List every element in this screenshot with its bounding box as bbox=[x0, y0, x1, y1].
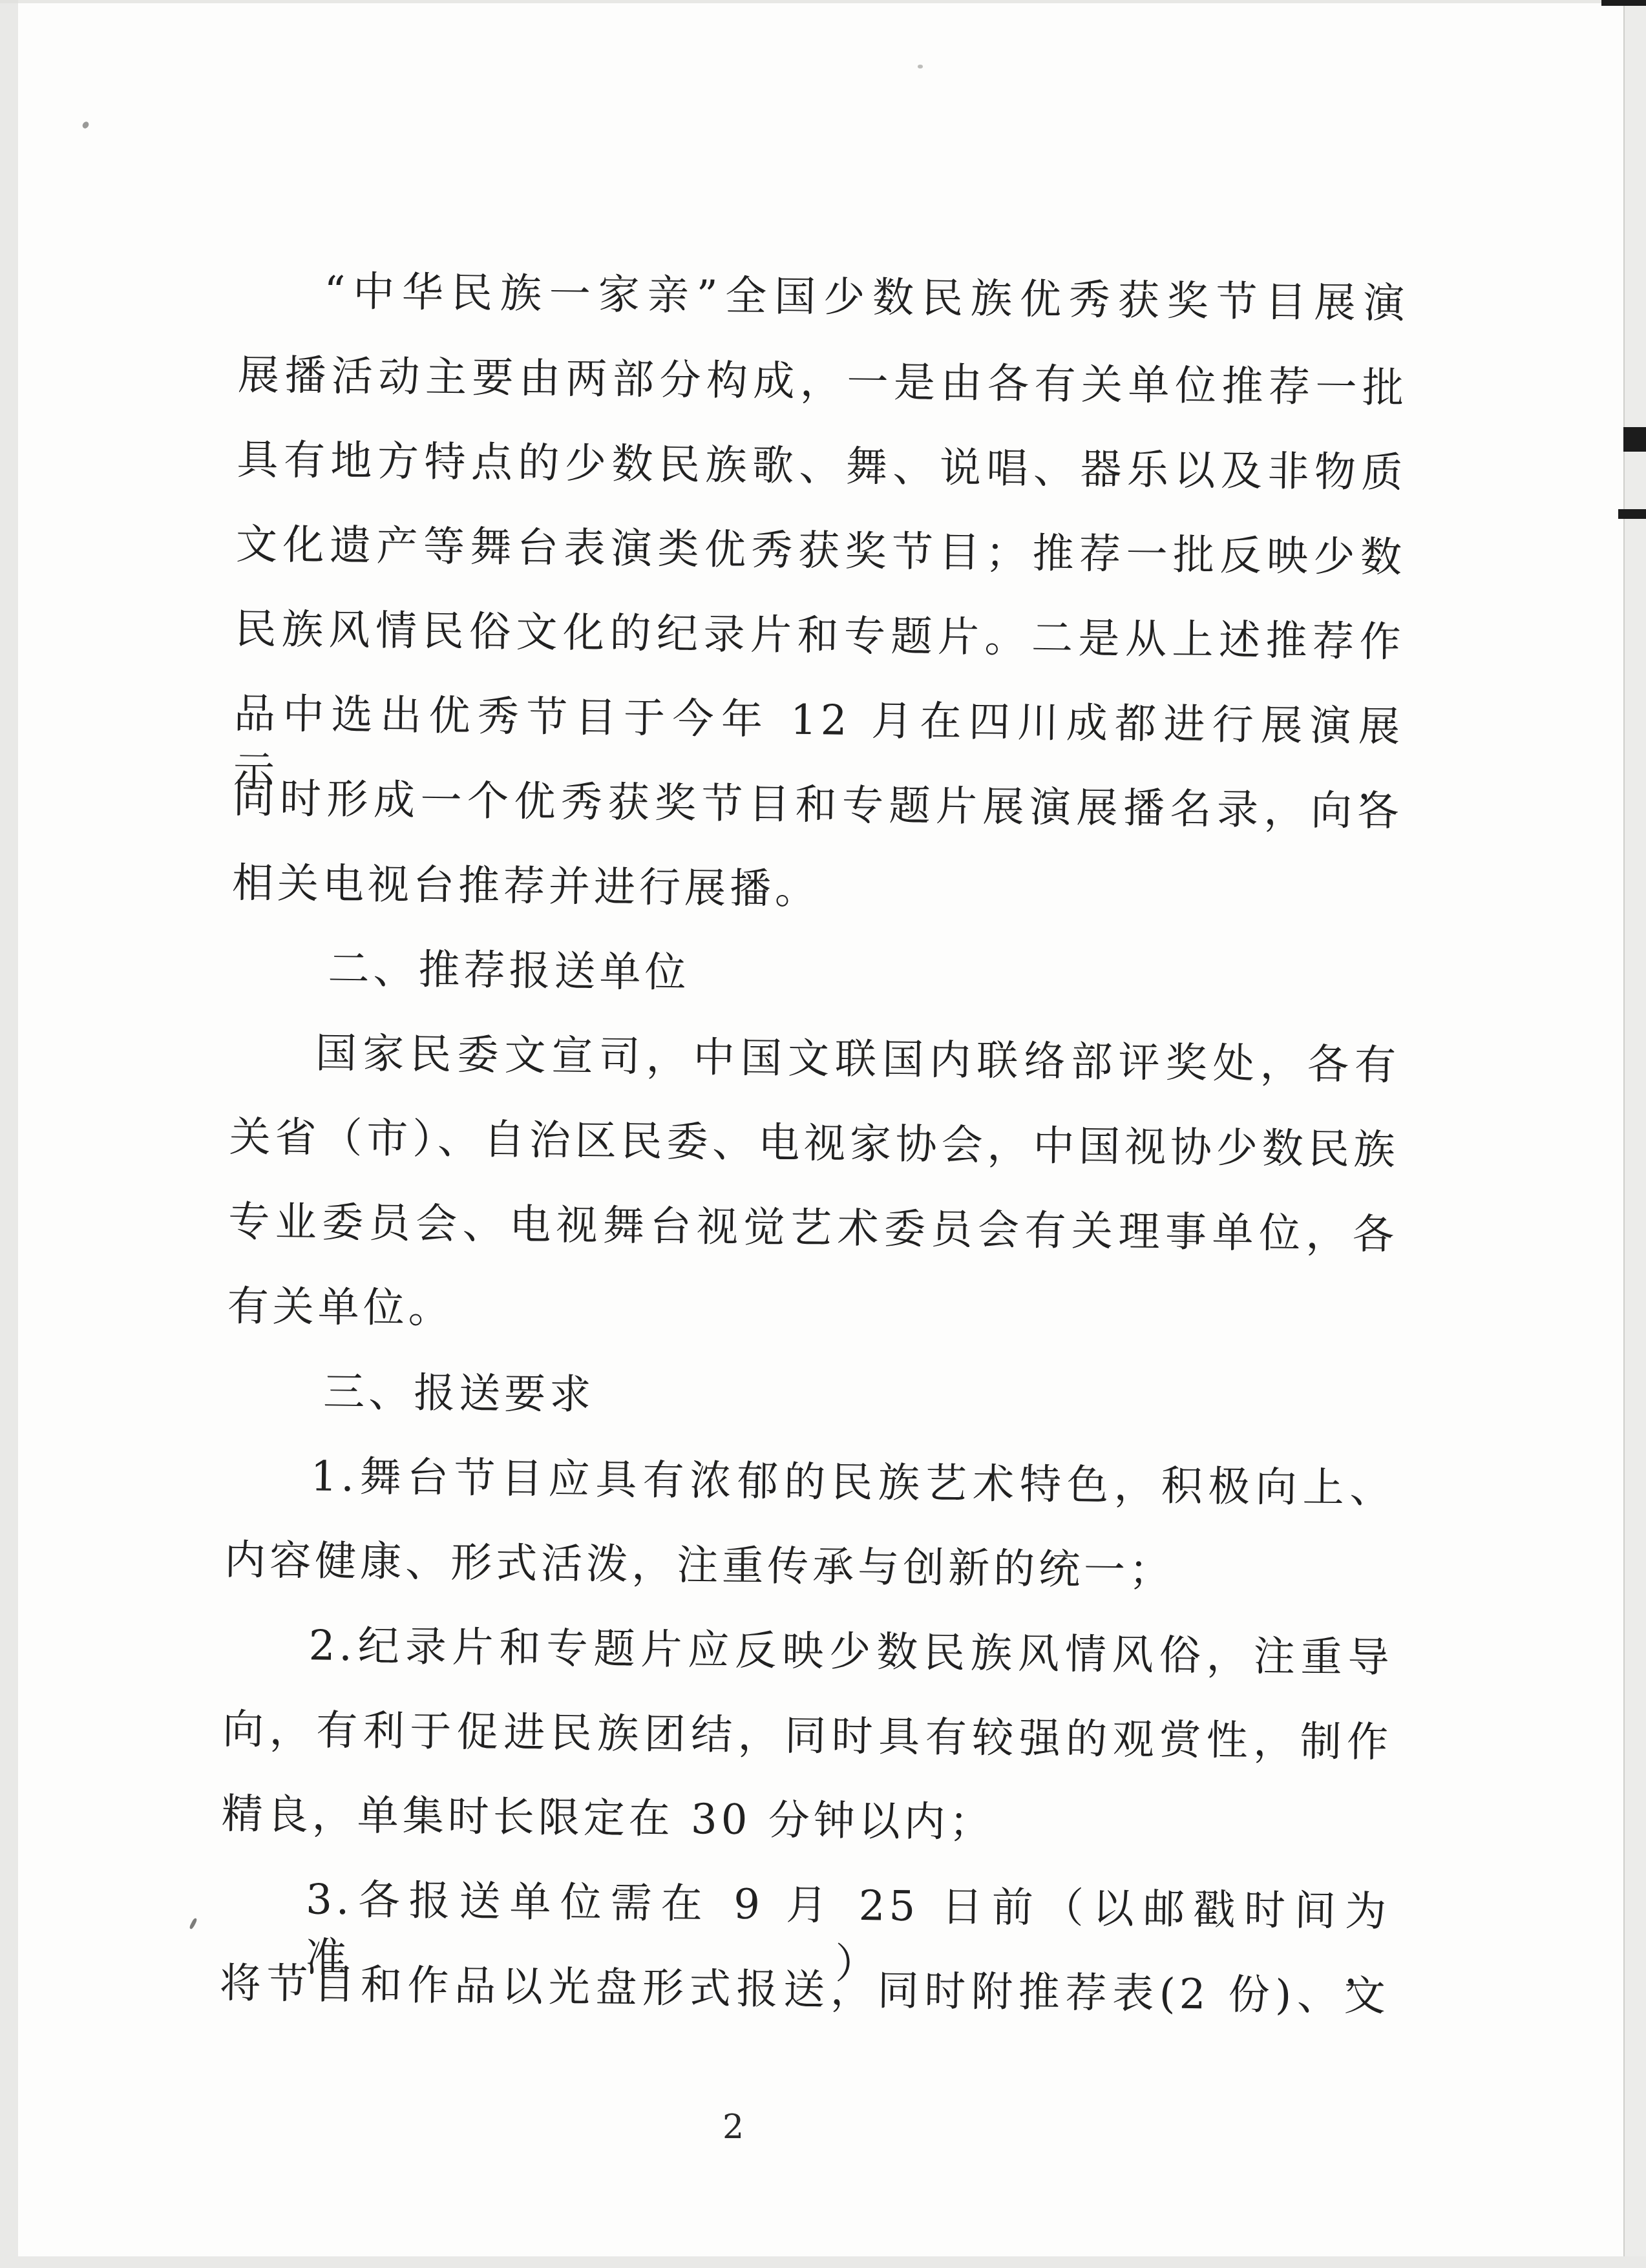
scan-bottom-edge-strip bbox=[0, 2256, 1646, 2268]
paragraph-line: 1.舞台节目应具有浓郁的民族艺术特色，积极向上、 bbox=[225, 1447, 1395, 1518]
paragraph-line: “中华民族一家亲”全国少数民族优秀获奖节目展演 bbox=[238, 262, 1409, 333]
paragraph-line: 民族风情民俗文化的纪录片和专题片。二是从上述推荐作 bbox=[235, 600, 1405, 672]
paragraph-line: 将节目和作品以光盘形式报送，同时附推荐表(2 份)、文 bbox=[219, 1955, 1389, 2026]
paragraph-line: 同时形成一个优秀获奖节目和专题片展演展播名录，向各 bbox=[233, 770, 1403, 841]
paragraph-line: 关省（市）、自治区民委、电视家协会，中国视协少数民族 bbox=[229, 1108, 1399, 1180]
paragraph-line: 文化遗产等舞台表演类优秀获奖节目；推荐一批反映少数 bbox=[236, 516, 1406, 587]
page-number: 2 bbox=[723, 2108, 744, 2147]
paragraph-line: 3.各报送单位需在 9 月 25 日前（以邮戳时间为准）， bbox=[220, 1870, 1391, 1942]
scan-speck bbox=[189, 1918, 198, 1930]
paragraph-line: 国家民委文宣司，中国文联国内联络部评奖处，各有 bbox=[230, 1024, 1400, 1095]
paragraph-line: 有关单位。 bbox=[227, 1277, 1397, 1349]
scan-speck bbox=[918, 65, 923, 68]
paragraph-line: 专业委员会、电视舞台视觉艺术委员会有关理事单位，各 bbox=[228, 1193, 1398, 1265]
paragraph-line: 向，有利于促进民族团结，同时具有较强的观赏性，制作 bbox=[222, 1701, 1393, 1772]
scan-right-edge-strip bbox=[1623, 0, 1646, 2268]
paragraph-line: 品中选出优秀节目于今年 12 月在四川成都进行展演展示， bbox=[234, 685, 1404, 757]
scan-black-mark-right-2 bbox=[1618, 509, 1646, 519]
document-body: “中华民族一家亲”全国少数民族优秀获奖节目展演 展播活动主要由两部分构成，一是由… bbox=[239, 262, 1409, 275]
section-heading: 二、推荐报送单位 bbox=[231, 939, 1498, 1011]
paragraph-line: 展播活动主要由两部分构成，一是由各有关单位推荐一批 bbox=[237, 346, 1408, 418]
scan-left-edge-strip bbox=[0, 0, 18, 2268]
section-heading: 三、报送要求 bbox=[226, 1362, 1493, 1434]
scanned-document-page: “中华民族一家亲”全国少数民族优秀获奖节目展演 展播活动主要由两部分构成，一是由… bbox=[0, 0, 1646, 2268]
paragraph-line: 内容健康、形式活泼，注重传承与创新的统一； bbox=[224, 1531, 1395, 1603]
scan-top-noise-strip bbox=[0, 0, 1646, 3]
paragraph-line: 2.纪录片和专题片应反映少数民族风情风俗，注重导 bbox=[223, 1616, 1393, 1688]
paragraph-line: 精良，单集时长限定在 30 分钟以内； bbox=[221, 1785, 1391, 1857]
paragraph-line: 相关电视台推荐并进行展播。 bbox=[232, 854, 1402, 926]
scan-speck bbox=[81, 120, 90, 129]
scan-black-mark-right-1 bbox=[1623, 427, 1646, 452]
scan-black-mark-top-right bbox=[1601, 0, 1646, 6]
paragraph-line: 具有地方特点的少数民族歌、舞、说唱、器乐以及非物质 bbox=[237, 431, 1407, 503]
